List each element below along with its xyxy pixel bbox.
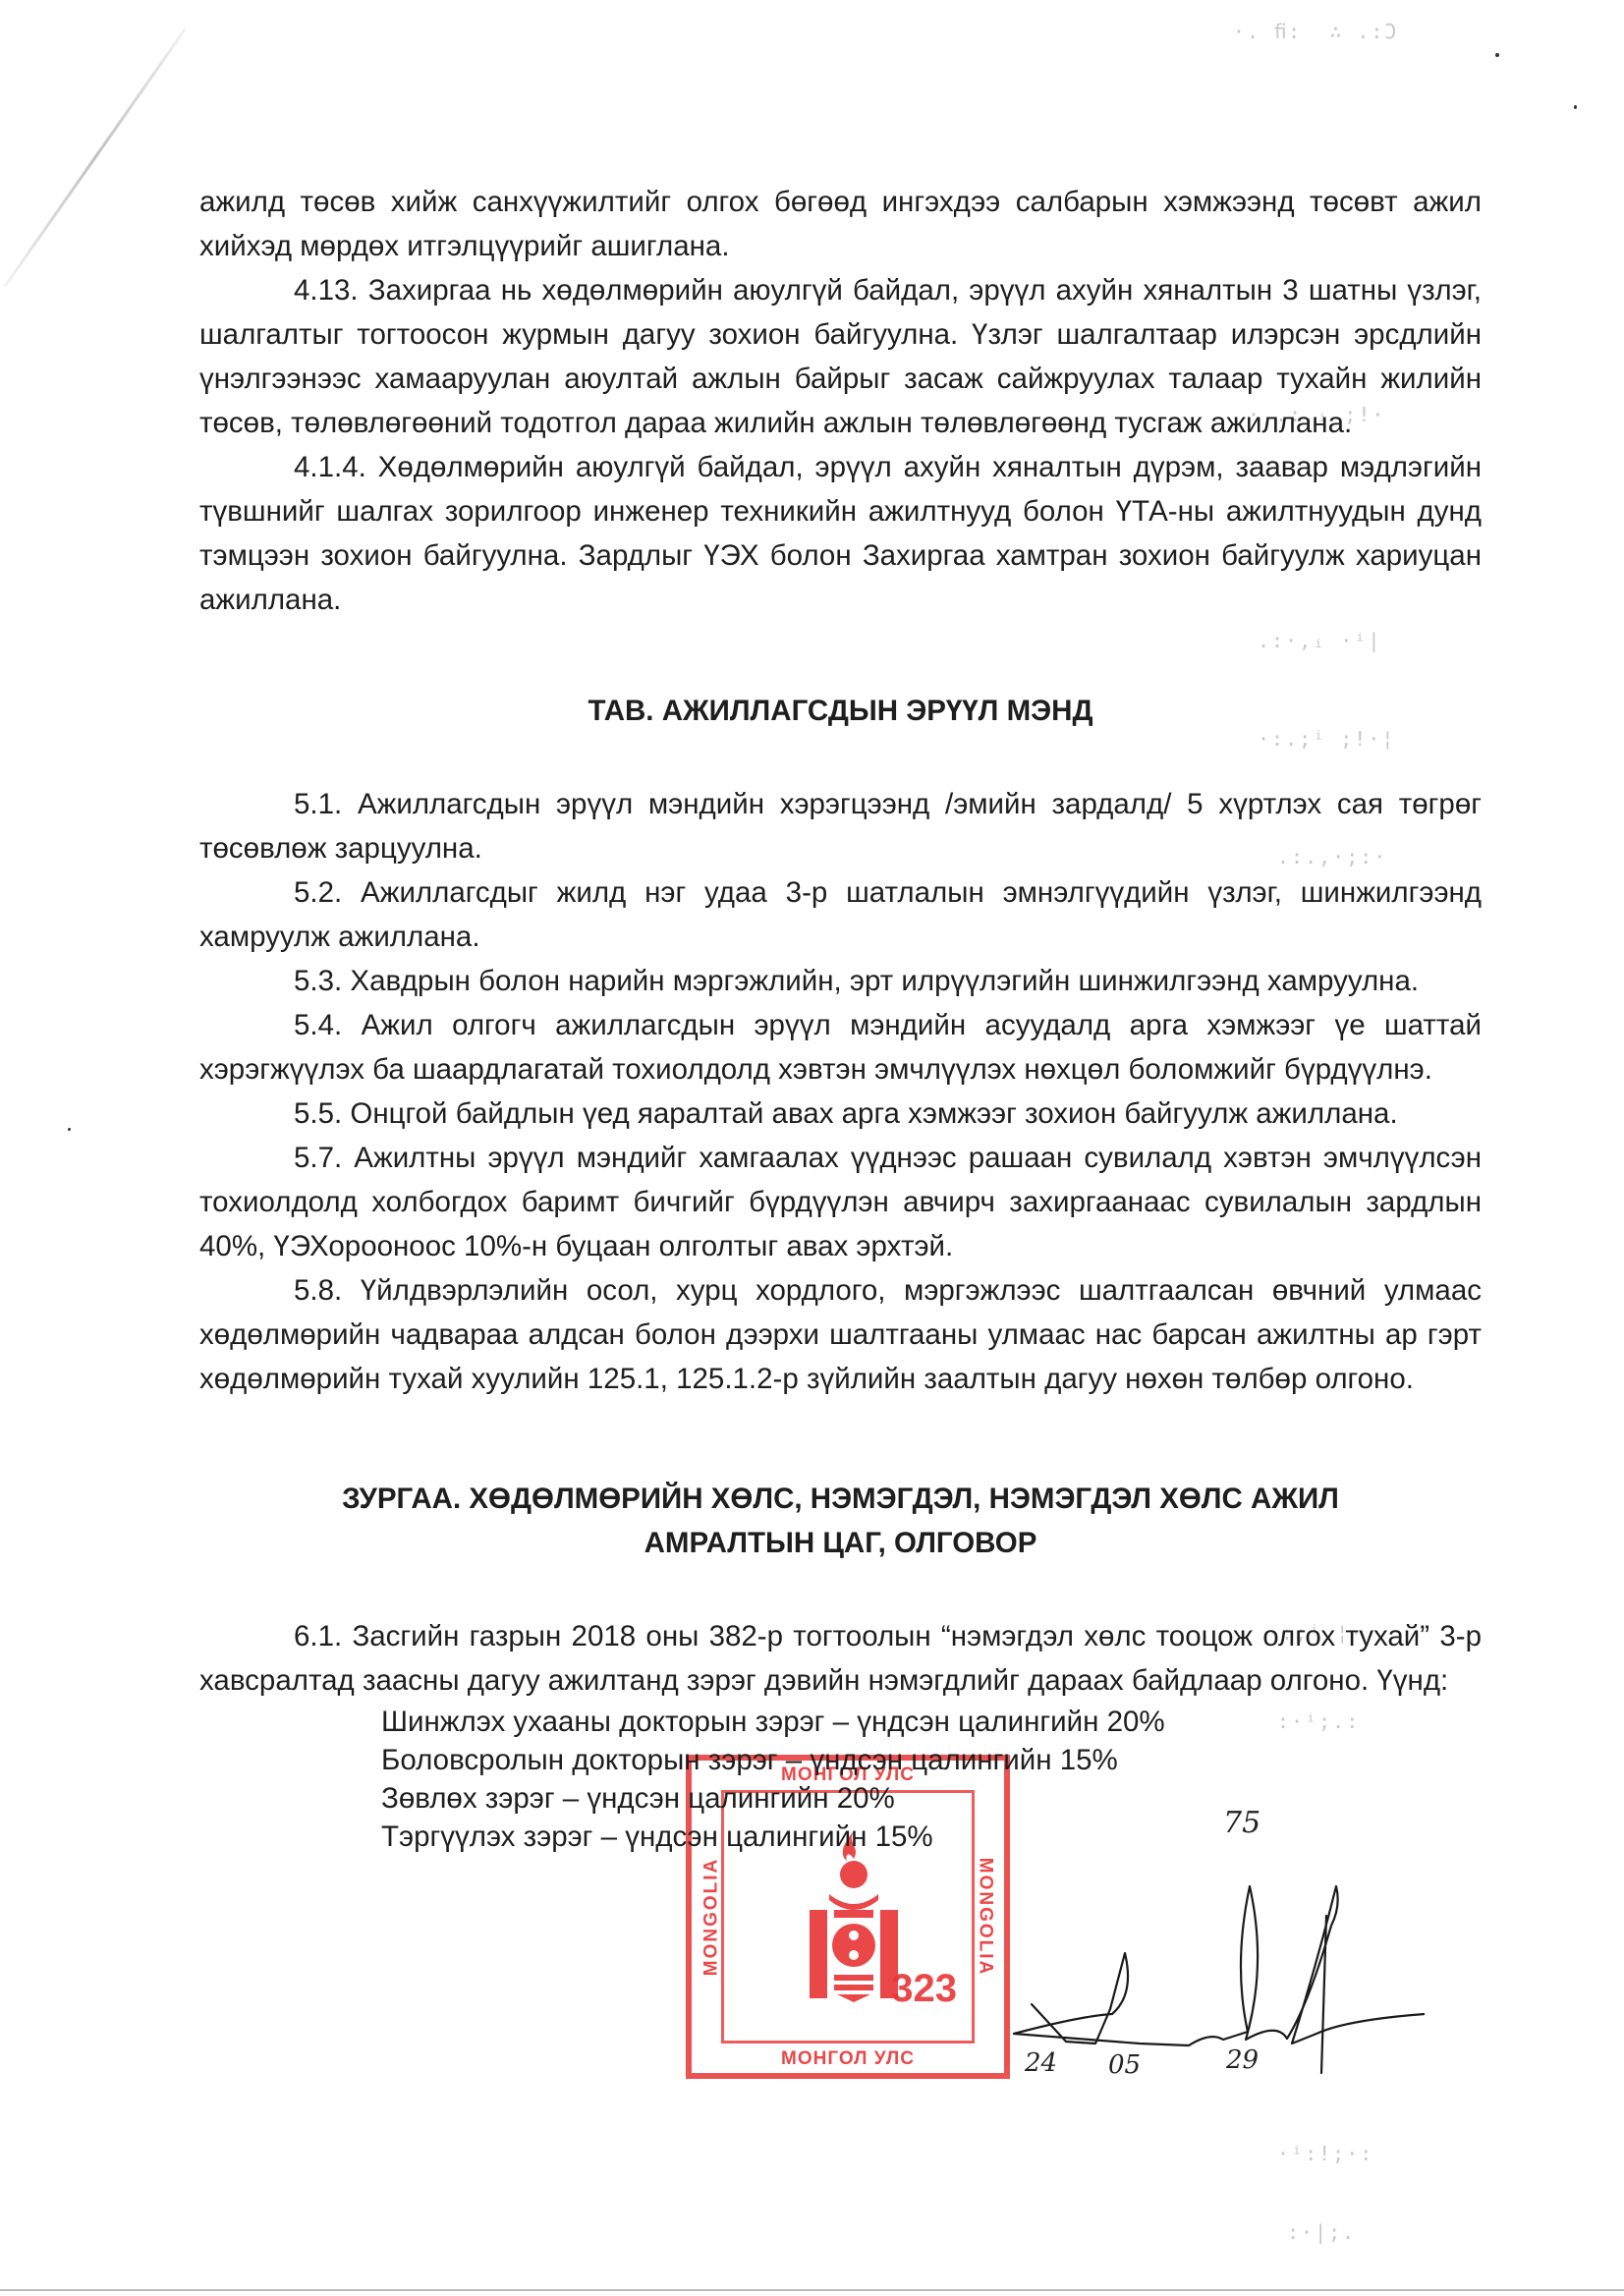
bleed-through-marks: ·. ﬁ: ∴ .:Ͻ — [1233, 20, 1390, 43]
paragraph-5-7: 5.7. Ажилтны эрүүл мэндийг хамгаалах үүд… — [199, 1136, 1482, 1268]
paragraph-5-2: 5.2. Ажиллагсдыг жилд нэг удаа 3-р шатла… — [199, 870, 1482, 959]
list-item: Зөвлөх зэрэг – үндсэн цалингийн 20% — [381, 1779, 1482, 1818]
section-6-heading-line1: ЗУРГАА. ХӨДӨЛМӨРИЙН ХӨЛС, НЭМЭГДЭЛ, НЭМЭ… — [342, 1483, 1339, 1515]
stamp-number: 323 — [891, 1967, 957, 2011]
ink-speck — [1574, 105, 1577, 109]
handwritten-date-day: 24 — [1025, 2048, 1057, 2078]
list-item: Боловсролын докторын зэрэг – үндсэн цали… — [381, 1741, 1482, 1779]
paragraph-continuation: ажилд төсөв хийж санхүүжилтийг олгох бөг… — [199, 180, 1482, 268]
paragraph-4-13: 4.13. Захиргаа нь хөдөлмөрийн аюулгүй ба… — [199, 268, 1482, 445]
section-6-heading-line2: АМРАЛТЫН ЦАГ, ОЛГОВОР — [199, 1521, 1482, 1565]
bleed-through-marks: :·|;. — [1287, 2220, 1444, 2244]
ink-speck — [68, 1128, 71, 1131]
signature — [992, 1847, 1425, 2083]
fold-crease-mark — [4, 28, 187, 288]
bleed-through-marks: ·ⁱ:!;·: — [1277, 2142, 1434, 2165]
stamp-left-text: MONGOLIA — [700, 1858, 722, 1977]
paragraph-5-1: 5.1. Ажиллагсдын эрүүл мэндийн хэрэгцээн… — [199, 782, 1482, 870]
section-6-heading: ЗУРГАА. ХӨДӨЛМӨРИЙН ХӨЛС, НЭМЭГДЭЛ, НЭМЭ… — [199, 1477, 1482, 1565]
list-item: Тэргүүлэх зэрэг – үндсэн цалингийн 15% — [381, 1818, 1482, 1856]
paragraph-5-3: 5.3. Хавдрын болон нарийн мэргэжлийн, эр… — [199, 959, 1482, 1003]
stamp-bottom-text: МОНГОЛ УЛС — [692, 2048, 1004, 2070]
handwritten-date-year: 29 — [1226, 2045, 1259, 2075]
paragraph-5-5: 5.5. Онцгой байдлын үед яаралтай авах ар… — [199, 1092, 1482, 1136]
handwritten-date-month: 05 — [1108, 2050, 1141, 2080]
scanned-page: ·. ﬁ: ∴ .:Ͻ · .:.ᵢ ;!· .:·,ᵢ ·ⁱ| ·:.;ⁱ ;… — [0, 0, 1624, 2296]
paragraph-5-8: 5.8. Үйлдвэрлэлийн осол, хурц хордлого, … — [199, 1268, 1482, 1401]
section-5-heading: ТАВ. АЖИЛЛАГСДЫН ЭРҮҮЛ МЭНД — [199, 689, 1482, 733]
degree-allowance-list: Шинжлэх ухааны докторын зэрэг – үндсэн ц… — [199, 1703, 1482, 1856]
ink-speck — [1495, 53, 1499, 57]
document-body: ажилд төсөв хийж санхүүжилтийг олгох бөг… — [199, 180, 1482, 1856]
paragraph-5-4: 5.4. Ажил олгогч ажиллагсдын эрүүл мэнди… — [199, 1003, 1482, 1092]
page-bottom-edge — [0, 2289, 1624, 2291]
list-item: Шинжлэх ухааны докторын зэрэг – үндсэн ц… — [381, 1703, 1482, 1741]
paragraph-4-1-4: 4.1.4. Хөдөлмөрийн аюулгүй байдал, эрүүл… — [199, 445, 1482, 622]
paragraph-6-1: 6.1. Засгийн газрын 2018 оны 382-р тогто… — [199, 1614, 1482, 1703]
